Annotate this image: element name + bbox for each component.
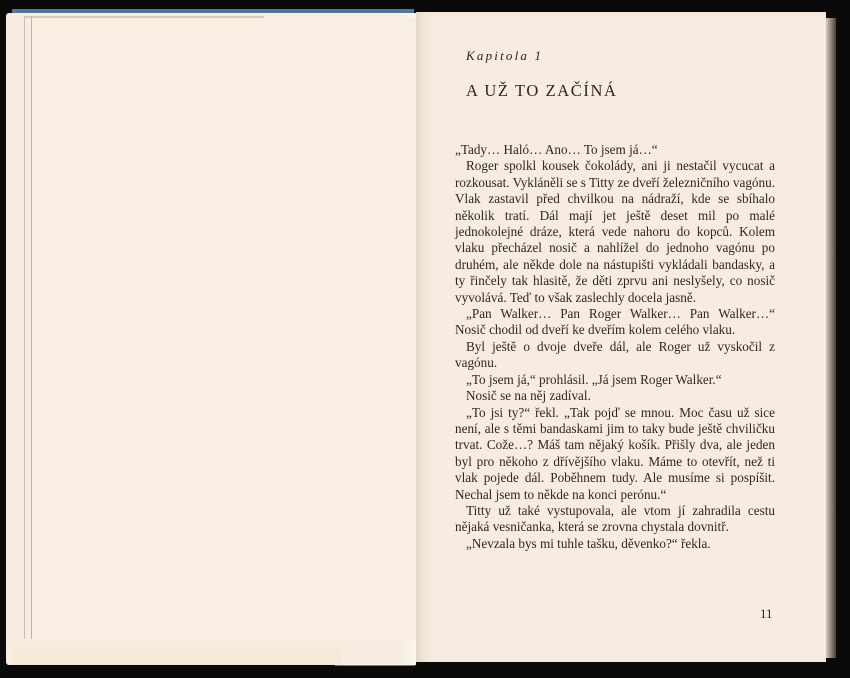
paragraph: Byl ještě o dvoje dveře dál, ale Roger u… [455, 339, 775, 372]
paragraph: „To jsi ty?“ řekl. „Tak pojď se mnou. Mo… [455, 405, 775, 503]
chapter-title: A UŽ TO ZAČÍNÁ [466, 81, 775, 101]
left-page-blank [6, 13, 416, 665]
paragraph: „To jsem já,“ prohlásil. „Já jsem Roger … [455, 372, 775, 388]
paragraph: Roger spolkl kousek čokolády, ani ji nes… [455, 158, 775, 306]
page-stack-edge [826, 18, 836, 658]
chapter-label: Kapitola 1 [466, 48, 775, 64]
endpaper-fold-line [24, 16, 25, 639]
chapter-body: „Tady… Haló… Ano… To jsem já…“ Roger spo… [455, 142, 775, 552]
paragraph: Titty už také vystupovala, ale vtom jí z… [455, 503, 775, 536]
paragraph: „Nevzala bys mi tuhle tašku, děvenko?“ ř… [455, 536, 775, 552]
left-page-surface [32, 18, 416, 639]
paragraph: „Pan Walker… Pan Roger Walker… Pan Walke… [455, 306, 775, 339]
paragraph: „Tady… Haló… Ano… To jsem já…“ [455, 142, 775, 158]
page-bottom-edge [12, 647, 342, 665]
page-text: Kapitola 1 A UŽ TO ZAČÍNÁ „Tady… Haló… A… [455, 48, 775, 552]
paragraph: Nosič se na něj zadíval. [455, 388, 775, 404]
page-number: 11 [760, 606, 773, 622]
